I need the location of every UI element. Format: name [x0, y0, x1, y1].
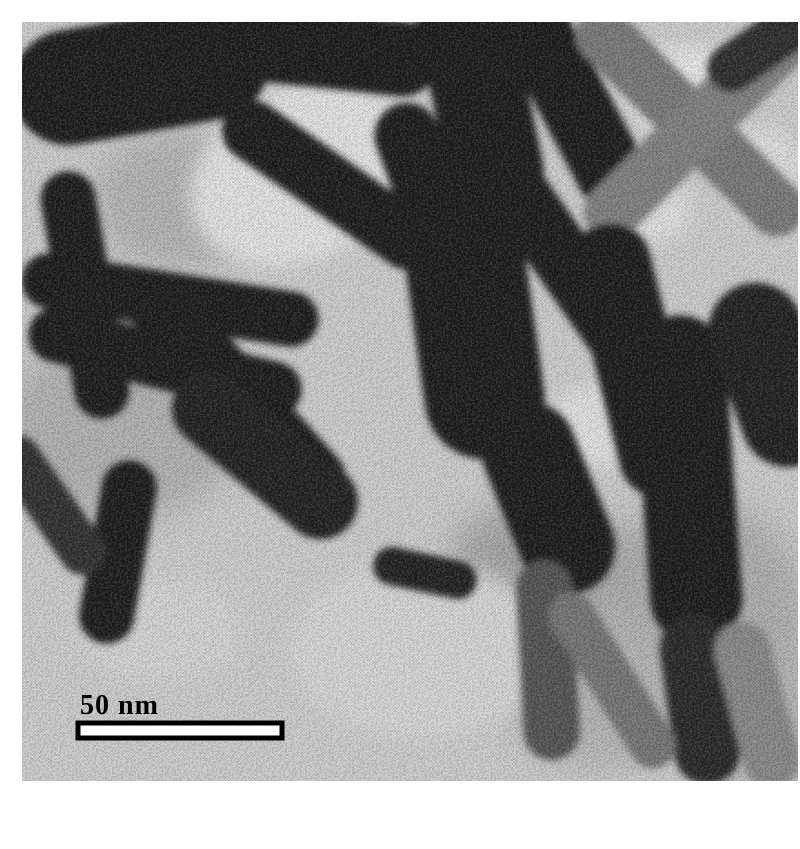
halftone-dot-overlay	[22, 22, 798, 781]
scale-bar-rect	[78, 723, 282, 738]
page: 50 nm	[0, 0, 800, 849]
scale-bar-label: 50 nm	[80, 690, 159, 721]
tem-micrograph-figure: 50 nm	[0, 0, 800, 849]
tem-micrograph-image: 50 nm	[0, 0, 800, 849]
